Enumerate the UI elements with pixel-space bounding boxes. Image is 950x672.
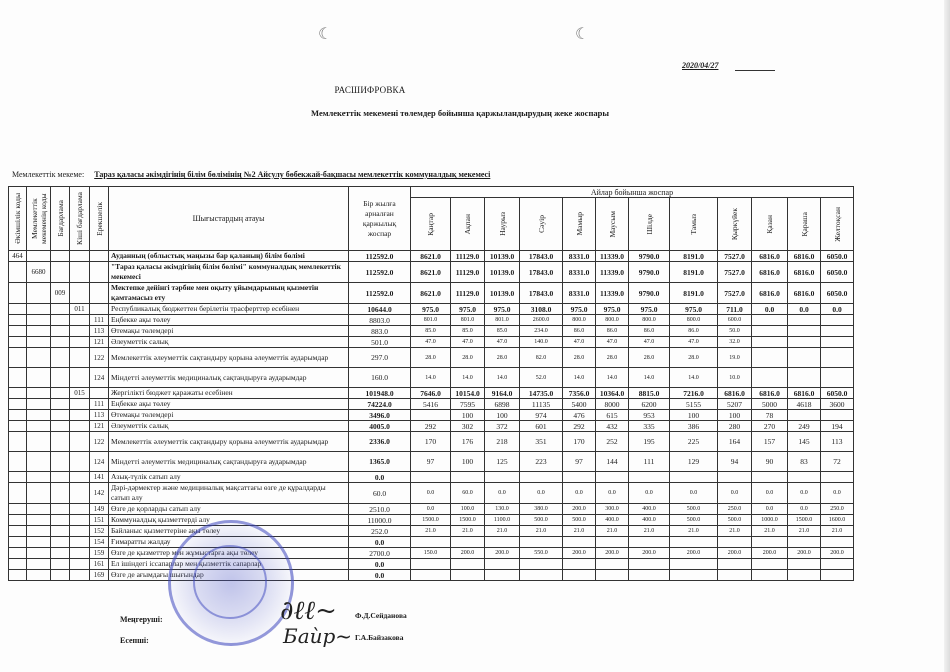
month-value-cell: 6050.0: [821, 251, 854, 262]
specific-cell: 141: [90, 472, 109, 483]
month-value-cell: 11129.0: [451, 251, 485, 262]
head-signature: ∂ℓℓ~: [280, 596, 337, 626]
month-value-cell: [485, 472, 520, 483]
annual-plan-cell: 252.0: [349, 526, 411, 537]
month-value-cell: 8621.0: [411, 251, 451, 262]
month-value-cell: 9790.0: [629, 251, 670, 262]
header-program: Бағдарлама: [51, 187, 70, 251]
month-value-cell: 6816.0: [788, 283, 821, 304]
month-value-cell: 200.0: [670, 548, 718, 559]
month-value-cell: 21.0: [563, 526, 596, 537]
month-value-cell: [520, 537, 563, 548]
month-value-cell: 380.0: [520, 504, 563, 515]
month-value-cell: 21.0: [670, 526, 718, 537]
expense-name-cell: Еңбекке ақы төлеу: [109, 315, 349, 326]
header-monthly-plan: Айлар бойынша жоспар: [411, 187, 854, 198]
month-value-cell: [670, 570, 718, 581]
table-row: 121Әлеуметтік салық4005.0292302372601292…: [9, 421, 854, 432]
month-value-cell: 218: [485, 432, 520, 452]
table-row: 149Өзге де қорларды сатып алу2510.00.010…: [9, 504, 854, 515]
month-value-cell: [821, 570, 854, 581]
month-value-cell: 250.0: [718, 504, 752, 515]
month-value-cell: 5155: [670, 399, 718, 410]
subprogram-cell: [70, 515, 90, 526]
institution-code-cell: [27, 326, 51, 337]
month-value-cell: 200.0: [821, 548, 854, 559]
month-value-cell: 8191.0: [670, 283, 718, 304]
month-value-cell: 100: [718, 410, 752, 421]
month-value-cell: 14.0: [596, 368, 629, 388]
month-value-cell: [411, 410, 451, 421]
month-value-cell: 5207: [718, 399, 752, 410]
month-value-cell: [788, 472, 821, 483]
month-value-cell: 82.0: [520, 348, 563, 368]
specific-cell: 124: [90, 368, 109, 388]
specific-cell: 113: [90, 410, 109, 421]
specific-cell: [90, 262, 109, 283]
month-value-cell: [411, 472, 451, 483]
subprogram-cell: [70, 559, 90, 570]
month-value-cell: 2600.0: [520, 315, 563, 326]
month-value-cell: 975.0: [485, 304, 520, 315]
month-value-cell: 97: [563, 452, 596, 472]
specific-cell: 121: [90, 421, 109, 432]
month-value-cell: 200.0: [629, 548, 670, 559]
table-row: 154Ғимаратты жалдау0.0: [9, 537, 854, 548]
month-value-cell: [596, 537, 629, 548]
month-value-cell: 50.0: [718, 326, 752, 337]
month-value-cell: 100: [451, 410, 485, 421]
program-cell: [51, 326, 70, 337]
institution-code-cell: [27, 304, 51, 315]
table-row: 122Мемлекеттік әлеуметтік сақтандыру қор…: [9, 432, 854, 452]
program-cell: [51, 368, 70, 388]
month-value-cell: 5000: [752, 399, 788, 410]
admin-code-cell: [9, 368, 27, 388]
expense-name-cell: Міндетті әлеуметтік медициналық сақтанды…: [109, 452, 349, 472]
institution-line: Мемлекеттік мекеме: Тараз қаласы әкімдіг…: [12, 170, 490, 179]
table-row: 113Өтемақы төлемдері3496.010010097447661…: [9, 410, 854, 421]
month-value-cell: [752, 315, 788, 326]
subprogram-cell: [70, 399, 90, 410]
table-row: 015Жергілікті бюджет қаражаты есебінен10…: [9, 388, 854, 399]
month-value-cell: 400.0: [596, 515, 629, 526]
program-cell: [51, 399, 70, 410]
month-value-cell: 0.0: [788, 504, 821, 515]
month-value-cell: 150.0: [411, 548, 451, 559]
month-value-cell: 800.0: [596, 315, 629, 326]
subprogram-cell: [70, 337, 90, 348]
table-row: 124Міндетті әлеуметтік медициналық сақта…: [9, 452, 854, 472]
month-value-cell: 100: [670, 410, 718, 421]
month-value-cell: 1500.0: [451, 515, 485, 526]
month-value-cell: 500.0: [670, 504, 718, 515]
month-value-cell: 47.0: [451, 337, 485, 348]
expense-name-cell: Ауданның (облыстық маңызы бар қаланың) б…: [109, 251, 349, 262]
institution-code-cell: [27, 504, 51, 515]
program-cell: [51, 337, 70, 348]
subprogram-cell: [70, 368, 90, 388]
specific-cell: [90, 283, 109, 304]
institution-code-cell: [27, 526, 51, 537]
month-value-cell: 8815.0: [629, 388, 670, 399]
month-value-cell: 52.0: [520, 368, 563, 388]
month-value-cell: 7356.0: [563, 388, 596, 399]
program-cell: [51, 570, 70, 581]
month-value-cell: 140.0: [520, 337, 563, 348]
month-value-cell: 113: [821, 432, 854, 452]
header-month: Наурыз: [485, 198, 520, 251]
month-value-cell: 86.0: [563, 326, 596, 337]
month-value-cell: 0.0: [788, 304, 821, 315]
month-value-cell: [718, 537, 752, 548]
admin-code-cell: [9, 548, 27, 559]
program-cell: [51, 421, 70, 432]
specific-cell: 149: [90, 504, 109, 515]
month-value-cell: 975.0: [596, 304, 629, 315]
month-value-cell: 0.0: [485, 483, 520, 504]
official-stamp: [168, 520, 294, 646]
subprogram-cell: [70, 421, 90, 432]
month-value-cell: 601: [520, 421, 563, 432]
specific-cell: [90, 388, 109, 399]
month-value-cell: 9164.0: [485, 388, 520, 399]
month-value-cell: 3108.0: [520, 304, 563, 315]
specific-cell: 122: [90, 348, 109, 368]
annual-plan-cell: 0.0: [349, 537, 411, 548]
month-value-cell: 21.0: [596, 526, 629, 537]
month-value-cell: 21.0: [718, 526, 752, 537]
admin-code-cell: [9, 315, 27, 326]
month-value-cell: 9790.0: [629, 283, 670, 304]
admin-code-cell: [9, 337, 27, 348]
month-value-cell: 60.0: [451, 483, 485, 504]
month-value-cell: 14.0: [411, 368, 451, 388]
month-value-cell: 1600.0: [821, 515, 854, 526]
month-value-cell: 500.0: [670, 515, 718, 526]
program-cell: [51, 262, 70, 283]
subprogram-cell: [70, 548, 90, 559]
month-value-cell: 14.0: [485, 368, 520, 388]
admin-code-cell: [9, 399, 27, 410]
month-value-cell: 6050.0: [821, 283, 854, 304]
program-cell: [51, 388, 70, 399]
program-cell: [51, 472, 70, 483]
header-month: Қаңтар: [411, 198, 451, 251]
month-value-cell: 21.0: [752, 526, 788, 537]
month-value-cell: 200.0: [788, 548, 821, 559]
month-value-cell: 249: [788, 421, 821, 432]
table-row: 6680"Тараз қаласы әкімдігінің білім бөлі…: [9, 262, 854, 283]
month-value-cell: [563, 537, 596, 548]
month-value-cell: 400.0: [629, 504, 670, 515]
month-value-cell: [752, 326, 788, 337]
accountant-name: Г.А.Байзакова: [355, 633, 403, 642]
subprogram-cell: 015: [70, 388, 90, 399]
month-value-cell: 8000: [596, 399, 629, 410]
month-value-cell: 600.0: [718, 315, 752, 326]
table-row: 121Әлеуметтік салық501.047.047.047.0140.…: [9, 337, 854, 348]
month-value-cell: 800.0: [629, 315, 670, 326]
month-value-cell: 86.0: [596, 326, 629, 337]
admin-code-cell: [9, 504, 27, 515]
page-edge: [944, 0, 950, 672]
month-value-cell: 0.0: [821, 483, 854, 504]
expense-name-cell: Міндетті әлеуметтік медициналық сақтанды…: [109, 368, 349, 388]
header-month: Шілде: [629, 198, 670, 251]
month-value-cell: [629, 570, 670, 581]
month-value-cell: 21.0: [629, 526, 670, 537]
annual-plan-cell: 3496.0: [349, 410, 411, 421]
month-value-cell: 0.0: [752, 504, 788, 515]
month-value-cell: 28.0: [629, 348, 670, 368]
month-value-cell: [821, 348, 854, 368]
institution-code-cell: [27, 399, 51, 410]
month-value-cell: 11129.0: [451, 262, 485, 283]
month-value-cell: [718, 559, 752, 570]
month-value-cell: [485, 537, 520, 548]
month-value-cell: 125: [485, 452, 520, 472]
subprogram-cell: [70, 326, 90, 337]
header-month: Мамыр: [563, 198, 596, 251]
annual-plan-cell: 883.0: [349, 326, 411, 337]
month-value-cell: 6200: [629, 399, 670, 410]
month-value-cell: [629, 559, 670, 570]
month-value-cell: 28.0: [485, 348, 520, 368]
month-value-cell: 0.0: [670, 483, 718, 504]
month-value-cell: 234.0: [520, 326, 563, 337]
annual-plan-cell: 160.0: [349, 368, 411, 388]
month-value-cell: [821, 410, 854, 421]
month-value-cell: [788, 337, 821, 348]
institution-code-cell: [27, 548, 51, 559]
month-value-cell: 0.0: [788, 483, 821, 504]
month-value-cell: 280: [718, 421, 752, 432]
month-value-cell: 270: [752, 421, 788, 432]
document-date: 2020/04/27: [682, 61, 718, 70]
month-value-cell: 9790.0: [629, 262, 670, 283]
subprogram-cell: [70, 504, 90, 515]
month-value-cell: [520, 559, 563, 570]
table-row: 142Дәрі-дәрмектер және медициналық мақса…: [9, 483, 854, 504]
month-value-cell: [411, 559, 451, 570]
month-value-cell: 6898: [485, 399, 520, 410]
admin-code-cell: [9, 483, 27, 504]
institution-name: Тараз қаласы әкімдігінің білім бөлімінің…: [94, 170, 490, 179]
admin-code-cell: [9, 570, 27, 581]
month-value-cell: 11339.0: [596, 283, 629, 304]
program-cell: [51, 548, 70, 559]
expense-name-cell: Дәрі-дәрмектер және медициналық мақсатта…: [109, 483, 349, 504]
month-value-cell: 8331.0: [563, 251, 596, 262]
month-value-cell: 7527.0: [718, 262, 752, 283]
month-value-cell: 47.0: [411, 337, 451, 348]
program-cell: [51, 504, 70, 515]
program-cell: [51, 483, 70, 504]
month-value-cell: 17843.0: [520, 251, 563, 262]
month-value-cell: 200.0: [718, 548, 752, 559]
month-value-cell: 14.0: [670, 368, 718, 388]
admin-code-cell: [9, 410, 27, 421]
month-value-cell: 170: [411, 432, 451, 452]
table-row: 122Мемлекеттік әлеуметтік сақтандыру қор…: [9, 348, 854, 368]
month-value-cell: 975.0: [411, 304, 451, 315]
month-value-cell: 7595: [451, 399, 485, 410]
month-value-cell: 97: [411, 452, 451, 472]
month-value-cell: 0.0: [411, 504, 451, 515]
admin-code-cell: [9, 326, 27, 337]
month-value-cell: [821, 368, 854, 388]
month-value-cell: 975.0: [629, 304, 670, 315]
month-value-cell: 21.0: [451, 526, 485, 537]
month-value-cell: [485, 570, 520, 581]
head-name: Ф.Д.Сейданова: [355, 611, 407, 620]
month-value-cell: 21.0: [485, 526, 520, 537]
admin-code-cell: [9, 537, 27, 548]
accountant-signature: Баùр~: [283, 624, 352, 648]
month-value-cell: 6816.0: [788, 251, 821, 262]
month-value-cell: [821, 315, 854, 326]
month-value-cell: 47.0: [670, 337, 718, 348]
month-value-cell: 386: [670, 421, 718, 432]
month-value-cell: 157: [752, 432, 788, 452]
institution-code-cell: [27, 283, 51, 304]
month-value-cell: [520, 570, 563, 581]
month-value-cell: [788, 570, 821, 581]
program-cell: 009: [51, 283, 70, 304]
month-value-cell: 1500.0: [411, 515, 451, 526]
expense-name-cell: Жергілікті бюджет қаражаты есебінен: [109, 388, 349, 399]
month-value-cell: 100.0: [451, 504, 485, 515]
table-row: 159Өзге де қызметтер мен жұмыстарға ақы …: [9, 548, 854, 559]
institution-code-cell: [27, 559, 51, 570]
annual-plan-cell: 8803.0: [349, 315, 411, 326]
specific-cell: 113: [90, 326, 109, 337]
month-value-cell: 195: [629, 432, 670, 452]
month-value-cell: 47.0: [563, 337, 596, 348]
month-value-cell: [752, 348, 788, 368]
month-value-cell: [563, 559, 596, 570]
table-row: 161Ел ішіндегі іссапарлар мен қызметтік …: [9, 559, 854, 570]
month-value-cell: 21.0: [411, 526, 451, 537]
month-value-cell: 144: [596, 452, 629, 472]
program-cell: [51, 526, 70, 537]
annual-plan-cell: 10644.0: [349, 304, 411, 315]
document-subtitle: Мемлекеттік мекемені төлемдер бойынша қа…: [0, 108, 920, 118]
document-title: РАСШИФРОВКА: [0, 85, 740, 95]
month-value-cell: 194: [821, 421, 854, 432]
month-value-cell: 94: [718, 452, 752, 472]
month-value-cell: 302: [451, 421, 485, 432]
month-value-cell: 292: [563, 421, 596, 432]
month-value-cell: 19.0: [718, 348, 752, 368]
month-value-cell: [596, 570, 629, 581]
month-value-cell: 225: [670, 432, 718, 452]
month-value-cell: [451, 570, 485, 581]
program-cell: [51, 537, 70, 548]
admin-code-cell: [9, 526, 27, 537]
institution-code-cell: [27, 515, 51, 526]
institution-code-cell: [27, 472, 51, 483]
admin-code-cell: [9, 304, 27, 315]
scan-mark: ☾: [575, 24, 589, 44]
month-value-cell: 85.0: [485, 326, 520, 337]
admin-code-cell: [9, 283, 27, 304]
month-value-cell: 129: [670, 452, 718, 472]
annual-plan-cell: 0.0: [349, 472, 411, 483]
annual-plan-cell: 101948.0: [349, 388, 411, 399]
table-row: 124Міндетті әлеуметтік медициналық сақта…: [9, 368, 854, 388]
month-value-cell: 975.0: [670, 304, 718, 315]
month-value-cell: [451, 559, 485, 570]
expense-name-cell: Еңбекке ақы төлеу: [109, 399, 349, 410]
month-value-cell: [718, 472, 752, 483]
month-value-cell: 8191.0: [670, 262, 718, 283]
date-underline: [735, 70, 775, 71]
admin-code-cell: [9, 452, 27, 472]
month-value-cell: 4618: [788, 399, 821, 410]
header-month: Ақпан: [451, 198, 485, 251]
month-value-cell: [752, 570, 788, 581]
expense-name-cell: Мемлекеттік әлеуметтік сақтандыру қорына…: [109, 432, 349, 452]
header-month: Қазан: [752, 198, 788, 251]
admin-code-cell: [9, 262, 27, 283]
specific-cell: 124: [90, 452, 109, 472]
month-value-cell: 90: [752, 452, 788, 472]
program-cell: [51, 348, 70, 368]
annual-plan-cell: 11000.0: [349, 515, 411, 526]
month-value-cell: [752, 337, 788, 348]
annual-plan-cell: 297.0: [349, 348, 411, 368]
month-value-cell: 292: [411, 421, 451, 432]
month-value-cell: 200.0: [451, 548, 485, 559]
month-value-cell: 14.0: [629, 368, 670, 388]
specific-cell: 151: [90, 515, 109, 526]
month-value-cell: 86.0: [629, 326, 670, 337]
program-cell: [51, 432, 70, 452]
month-value-cell: 3600: [821, 399, 854, 410]
specific-cell: 121: [90, 337, 109, 348]
month-value-cell: [411, 570, 451, 581]
institution-label: Мемлекеттік мекеме:: [12, 170, 84, 179]
header-month: Желтоқсан: [821, 198, 854, 251]
expense-name-cell: Мектепке дейінгі тәрбие мен оқыту ұйымда…: [109, 283, 349, 304]
month-value-cell: 10154.0: [451, 388, 485, 399]
month-value-cell: 78: [752, 410, 788, 421]
expense-name-cell: "Тараз қаласы әкімдігінің білім бөлімі" …: [109, 262, 349, 283]
header-month: Тамыз: [670, 198, 718, 251]
month-value-cell: 6816.0: [788, 262, 821, 283]
month-value-cell: [821, 326, 854, 337]
month-value-cell: 28.0: [596, 348, 629, 368]
month-value-cell: 170: [563, 432, 596, 452]
month-value-cell: 1100.0: [485, 515, 520, 526]
month-value-cell: 0.0: [411, 483, 451, 504]
month-value-cell: [821, 537, 854, 548]
admin-code-cell: [9, 472, 27, 483]
institution-code-cell: [27, 388, 51, 399]
month-value-cell: 14.0: [563, 368, 596, 388]
month-value-cell: 223: [520, 452, 563, 472]
month-value-cell: 5416: [411, 399, 451, 410]
month-value-cell: 11339.0: [596, 251, 629, 262]
month-value-cell: 7646.0: [411, 388, 451, 399]
annual-plan-cell: 112592.0: [349, 262, 411, 283]
month-value-cell: 47.0: [485, 337, 520, 348]
institution-code-cell: [27, 452, 51, 472]
institution-code-cell: [27, 348, 51, 368]
month-value-cell: 5400: [563, 399, 596, 410]
